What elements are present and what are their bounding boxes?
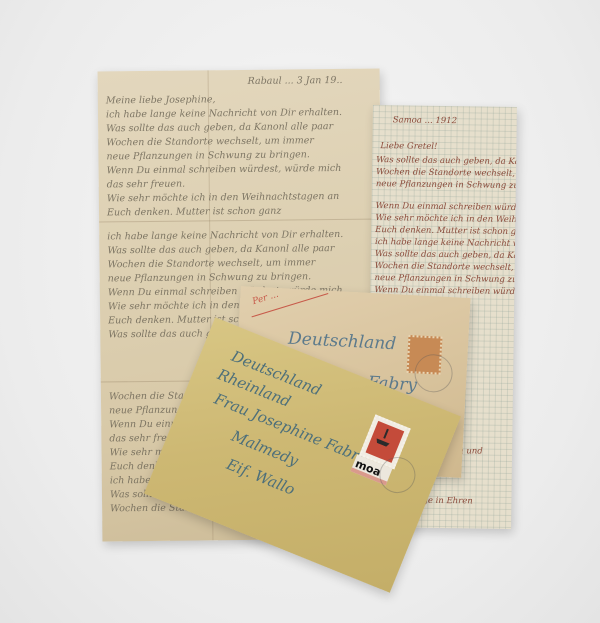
letter-greeting: Meine liebe Josephine,	[106, 94, 216, 106]
letter-line: Euch denken. Mutter ist schon ganz	[375, 225, 517, 237]
letter-line: ich habe lange keine Nachricht von Dir e…	[375, 237, 517, 250]
letter-line: das sehr freuen.	[107, 179, 185, 191]
letter-line: Wie sehr möchte ich in den Weihnachtstag…	[375, 213, 517, 226]
letter-line: neue Pflanzungen in Schwung zu bringen.	[106, 149, 310, 162]
letter-line: Was sollte das auch geben, da Kanonl all…	[107, 243, 334, 256]
letter-line: ich habe lange keine Nachricht von Dir e…	[107, 229, 343, 242]
letter-line: Was sollte das auch geben, da Kanonl all…	[375, 249, 517, 262]
letter-line: ich habe lange keine Nachricht von Dir e…	[106, 107, 342, 120]
letter-line: Wochen die Standorte wechselt, um immer	[108, 257, 316, 270]
letter-line: Euch denken. Mutter ist schon ganz	[107, 206, 281, 219]
letter-header: Rabaul ... 3 Jan 19..	[248, 75, 343, 87]
letter-line: Wie sehr möchte ich in den Weihnachtstag…	[107, 191, 339, 204]
letter-line: Wenn Du einmal schreiben würdest, würde …	[107, 163, 342, 176]
letter-line: neue Pflanzungen in Schwung zu bringen.	[108, 271, 312, 284]
letter-line: Wochen die Standorte wechselt, um immer	[375, 261, 517, 274]
letter-header: Samoa ... 1912	[393, 115, 457, 126]
postmark	[414, 353, 454, 393]
letter-line: Wochen die Standorte wechselt, um immer	[106, 135, 314, 148]
letter-line: neue Pflanzungen in Schwung zu bringen.	[374, 273, 516, 286]
letter-greeting: Liebe Gretel!	[380, 141, 437, 152]
letter-line: neue Pflanzungen in Schwung zu bringen.	[376, 179, 517, 192]
letter-line: Was sollte das auch geben, da Kanonl all…	[106, 121, 333, 134]
letter-line: Wenn Du einmal schreiben würdest, würde …	[375, 201, 516, 214]
letter-line: Wochen die Standorte wechselt, um immer	[376, 167, 517, 180]
letter-line: Was sollte das auch geben, da Kanonl all…	[376, 155, 517, 168]
red-annotation: Per ...	[251, 290, 279, 307]
address-line: Deutschland	[288, 329, 397, 355]
